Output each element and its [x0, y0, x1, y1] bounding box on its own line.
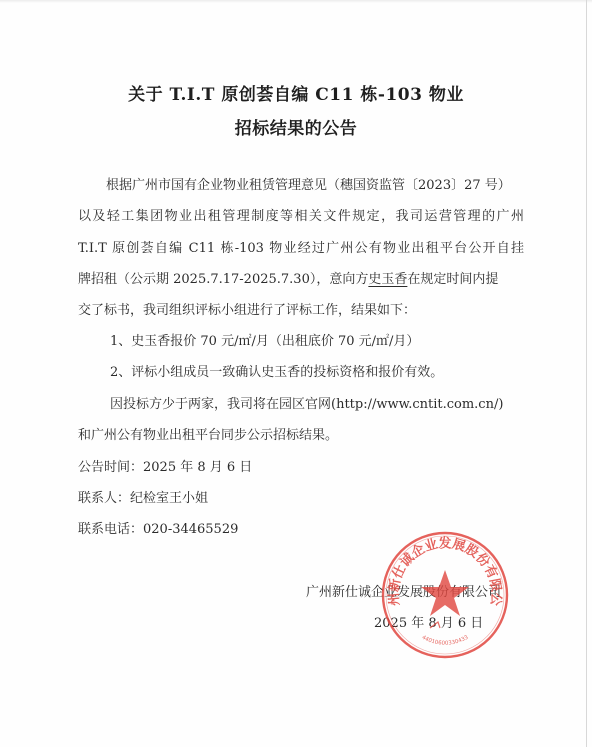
title-line-2: 招标结果的公告 — [0, 114, 592, 139]
announcement-time: 公告时间：2025 年 8 月 6 日 — [78, 459, 252, 477]
svg-text:44010600330433: 44010600330433 — [421, 634, 470, 646]
paragraph-1-line-4-before: 牌招租（公示期 2025.7.17-2025.7.30），意向方 — [78, 272, 368, 287]
page-top-shadow — [0, 0, 592, 3]
title-line-1: 关于 T.I.T 原创荟自编 C11 栋-103 物业 — [0, 80, 592, 105]
result-item-1: 1、史玉香报价 70 元/㎡/月（出租底价 70 元/㎡/月） — [110, 333, 419, 351]
signature-company: 广州新仕诚企业发展股份有限公司 — [306, 584, 501, 602]
signature-date: 2025 年 8 月 6 日 — [374, 615, 483, 633]
paragraph-1-line-5: 交了标书，我司组织评标小组进行了评标工作，结果如下： — [78, 302, 416, 320]
paragraph-2-line-2: 和广州公有物业出租平台同步公示招标结果。 — [78, 427, 338, 445]
paragraph-1-line-4: 牌招租（公示期 2025.7.17-2025.7.30），意向方史玉香在规定时间… — [78, 271, 498, 289]
paragraph-1-line-1: 根据广州市国有企业物业租赁管理意见（穗国资监管〔2023〕27 号） — [106, 177, 511, 195]
paragraph-1-line-3: T.I.T 原创荟自编 C11 栋-103 物业经过广州公有物业出租平台公开自挂 — [78, 240, 524, 258]
paragraph-1-line-2: 以及轻工集团物业出租管理制度等相关文件规定，我司运营管理的广州 — [78, 208, 524, 226]
contact-person: 联系人：纪检室王小姐 — [78, 490, 208, 508]
paragraph-2-line-1: 因投标方少于两家，我司将在园区官网(http://www.cntit.com.c… — [110, 396, 503, 414]
result-item-2: 2、评标小组成员一致确认史玉香的投标资格和报价有效。 — [110, 364, 443, 382]
page-edge-line — [586, 0, 587, 747]
contact-phone: 联系电话：020-34465529 — [78, 521, 238, 539]
bidder-name: 史玉香 — [368, 272, 407, 287]
document-page: 关于 T.I.T 原创荟自编 C11 栋-103 物业 招标结果的公告 根据广州… — [0, 0, 592, 747]
paragraph-1-line-4-after: 在规定时间内提 — [407, 272, 498, 287]
